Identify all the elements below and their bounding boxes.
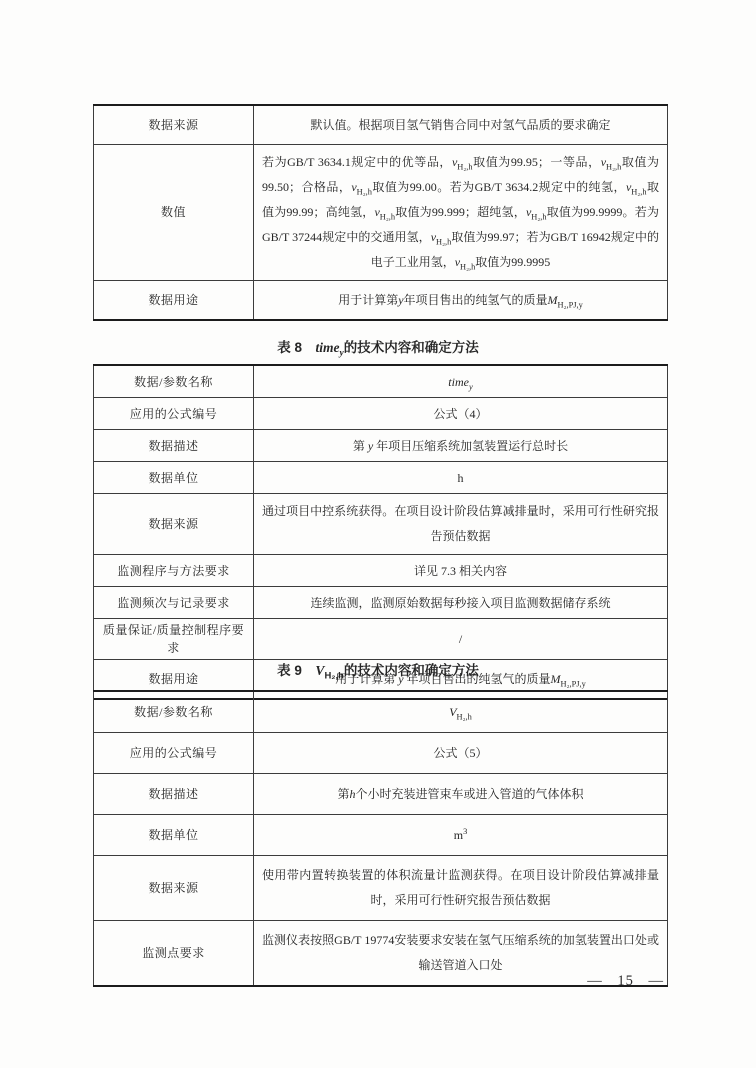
row-label: 数据来源 [94, 856, 254, 921]
table-row: 监测程序与方法要求 详见 7.3 相关内容 [94, 555, 668, 587]
row-value: 用于计算第y年项目售出的纯氢气的质量MH₂,PJ,y [254, 281, 668, 321]
row-label: 数据/参数名称 [94, 691, 254, 733]
table-row: 数据/参数名称 VH₂,h [94, 691, 668, 733]
row-label: 数据来源 [94, 494, 254, 555]
row-value: 第 y 年项目压缩系统加氢装置运行总时长 [254, 430, 668, 462]
row-value: 使用带内置转换装置的体积流量计监测获得。在项目设计阶段估算减排量时，采用可行性研… [254, 856, 668, 921]
row-value: m3 [254, 815, 668, 856]
table-row: 质量保证/质量控制程序要求 / [94, 619, 668, 660]
row-value: 通过项目中控系统获得。在项目设计阶段估算减排量时，采用可行性研究报告预估数据 [254, 494, 668, 555]
table-row: 监测点要求 监测仪表按照GB/T 19774安装要求安装在氢气压缩系统的加氢装置… [94, 921, 668, 987]
table-row: 应用的公式编号 公式（5） [94, 733, 668, 774]
table-8: 数据/参数名称 timey 应用的公式编号 公式（4） 数据描述 第 y 年项目… [93, 364, 668, 700]
document-page: 数据来源 默认值。根据项目氢气销售合同中对氢气品质的要求确定 数值 若为GB/T… [0, 0, 756, 1068]
table-row: 应用的公式编号 公式（4） [94, 398, 668, 430]
table-8-caption: 表 8 timey的技术内容和确定方法 [0, 336, 756, 356]
table-row: 数据用途 用于计算第y年项目售出的纯氢气的质量MH₂,PJ,y [94, 281, 668, 321]
row-label: 应用的公式编号 [94, 398, 254, 430]
table-row: 数据描述 第 y 年项目压缩系统加氢装置运行总时长 [94, 430, 668, 462]
row-label: 监测程序与方法要求 [94, 555, 254, 587]
row-label: 数据单位 [94, 815, 254, 856]
row-value: 公式（5） [254, 733, 668, 774]
row-value: 详见 7.3 相关内容 [254, 555, 668, 587]
table-9: 数据/参数名称 VH₂,h 应用的公式编号 公式（5） 数据描述 第h个小时充装… [93, 690, 668, 987]
row-label: 应用的公式编号 [94, 733, 254, 774]
row-value: / [254, 619, 668, 660]
table-row: 数据单位 h [94, 462, 668, 494]
row-value: timey [254, 365, 668, 398]
row-value: 若为GB/T 3634.1规定中的优等品，vH₂,h取值为99.95；一等品，v… [254, 145, 668, 281]
row-value: 第h个小时充装进管束车或进入管道的气体体积 [254, 774, 668, 815]
row-label: 数据描述 [94, 430, 254, 462]
table-row: 监测频次与记录要求 连续监测，监测原始数据每秒接入项目监测数据储存系统 [94, 587, 668, 619]
row-label: 数据用途 [94, 281, 254, 321]
row-value: VH₂,h [254, 691, 668, 733]
table-parameter-continued: 数据来源 默认值。根据项目氢气销售合同中对氢气品质的要求确定 数值 若为GB/T… [93, 104, 668, 321]
row-label: 质量保证/质量控制程序要求 [94, 619, 254, 660]
table-9-caption: 表 9 VH₂,h的技术内容和确定方法 [0, 659, 756, 679]
row-label: 监测点要求 [94, 921, 254, 987]
row-label: 数据来源 [94, 105, 254, 145]
table-row: 数据/参数名称 timey [94, 365, 668, 398]
row-label: 监测频次与记录要求 [94, 587, 254, 619]
table-row: 数据单位 m3 [94, 815, 668, 856]
table-row: 数据来源 使用带内置转换装置的体积流量计监测获得。在项目设计阶段估算减排量时，采… [94, 856, 668, 921]
table-row: 数值 若为GB/T 3634.1规定中的优等品，vH₂,h取值为99.95；一等… [94, 145, 668, 281]
table-row: 数据描述 第h个小时充装进管束车或进入管道的气体体积 [94, 774, 668, 815]
row-value: 连续监测，监测原始数据每秒接入项目监测数据储存系统 [254, 587, 668, 619]
row-value: 公式（4） [254, 398, 668, 430]
row-label: 数据描述 [94, 774, 254, 815]
page-number: — 15 — [587, 973, 664, 990]
row-value: h [254, 462, 668, 494]
row-label: 数据单位 [94, 462, 254, 494]
table-row: 数据来源 通过项目中控系统获得。在项目设计阶段估算减排量时，采用可行性研究报告预… [94, 494, 668, 555]
row-label: 数据/参数名称 [94, 365, 254, 398]
row-label: 数值 [94, 145, 254, 281]
row-value: 默认值。根据项目氢气销售合同中对氢气品质的要求确定 [254, 105, 668, 145]
table-row: 数据来源 默认值。根据项目氢气销售合同中对氢气品质的要求确定 [94, 105, 668, 145]
